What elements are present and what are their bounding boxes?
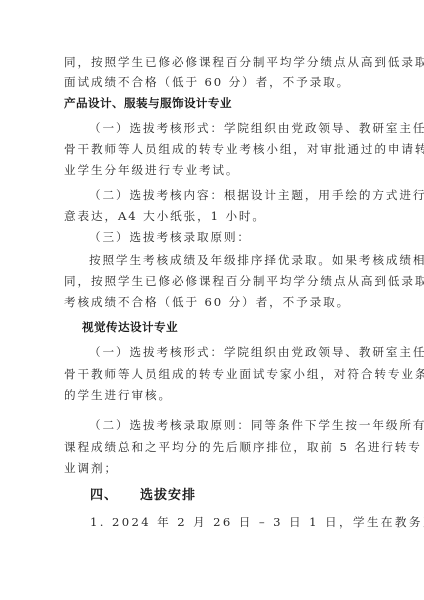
list-item: 1. 2024 年 2 月 26 日 – 3 日 1 日，学生在教务系统报 xyxy=(90,515,390,529)
document-page: 同，按照学生已修必修课程百分制平均学分绩点从高到低录取。 面试成绩不合格（低于 … xyxy=(0,0,424,600)
paragraph-line: （二）选拔考核录取原则：同等条件下学生按一年级所有 xyxy=(89,418,364,432)
paragraph-line: 骨干教师等人员组成的转专业面试专家小组，对符合转专业条件 xyxy=(64,367,364,381)
paragraph-line: 同，按照学生已修必修课程百分制平均学分绩点从高到低录取。 xyxy=(64,55,364,69)
paragraph-line: 同，按照学生已修必修课程百分制平均学分绩点从高到低录取。 xyxy=(64,274,364,288)
section-heading-visual-design: 视觉传达设计专业 xyxy=(82,320,382,334)
paragraph-line: 课程成绩总和之平均分的先后顺序排位，取前 5 名进行转专 xyxy=(64,440,364,454)
paragraph-line: （三）选拔考核录取原则： xyxy=(89,230,364,244)
paragraph-line: （二）选拔考核内容：根据设计主题，用手绘的方式进行创 xyxy=(89,188,364,202)
section-number: 四、 xyxy=(90,488,118,503)
section-title: 选拔安排 xyxy=(140,488,196,503)
section-heading-product-design: 产品设计、服装与服饰设计专业 xyxy=(64,96,364,110)
section-heading-arrangement: 四、选拔安排 xyxy=(90,489,390,503)
paragraph-line: 骨干教师等人员组成的转专业考核小组，对审批通过的申请转专 xyxy=(64,142,364,156)
paragraph-line: 业学生分年级进行专业考试。 xyxy=(64,163,364,177)
paragraph-line: （一）选拔考核形式：学院组织由党政领导、教研室主任、 xyxy=(89,345,364,359)
paragraph-line: 业调剂； xyxy=(64,461,364,475)
paragraph-line: 按照学生考核成绩及年级排序择优录取。如果考核成绩相 xyxy=(89,253,364,267)
paragraph-line: （一）选拔考核形式：学院组织由党政领导、教研室主任、 xyxy=(89,121,364,135)
paragraph-line: 意表达，A4 大小纸张，1 小时。 xyxy=(64,209,364,223)
paragraph-line: 的学生进行审核。 xyxy=(64,388,364,402)
paragraph-line: 考核成绩不合格（低于 60 分）者，不予录取。 xyxy=(64,295,364,309)
paragraph-line: 面试成绩不合格（低于 60 分）者，不予录取。 xyxy=(64,75,364,89)
